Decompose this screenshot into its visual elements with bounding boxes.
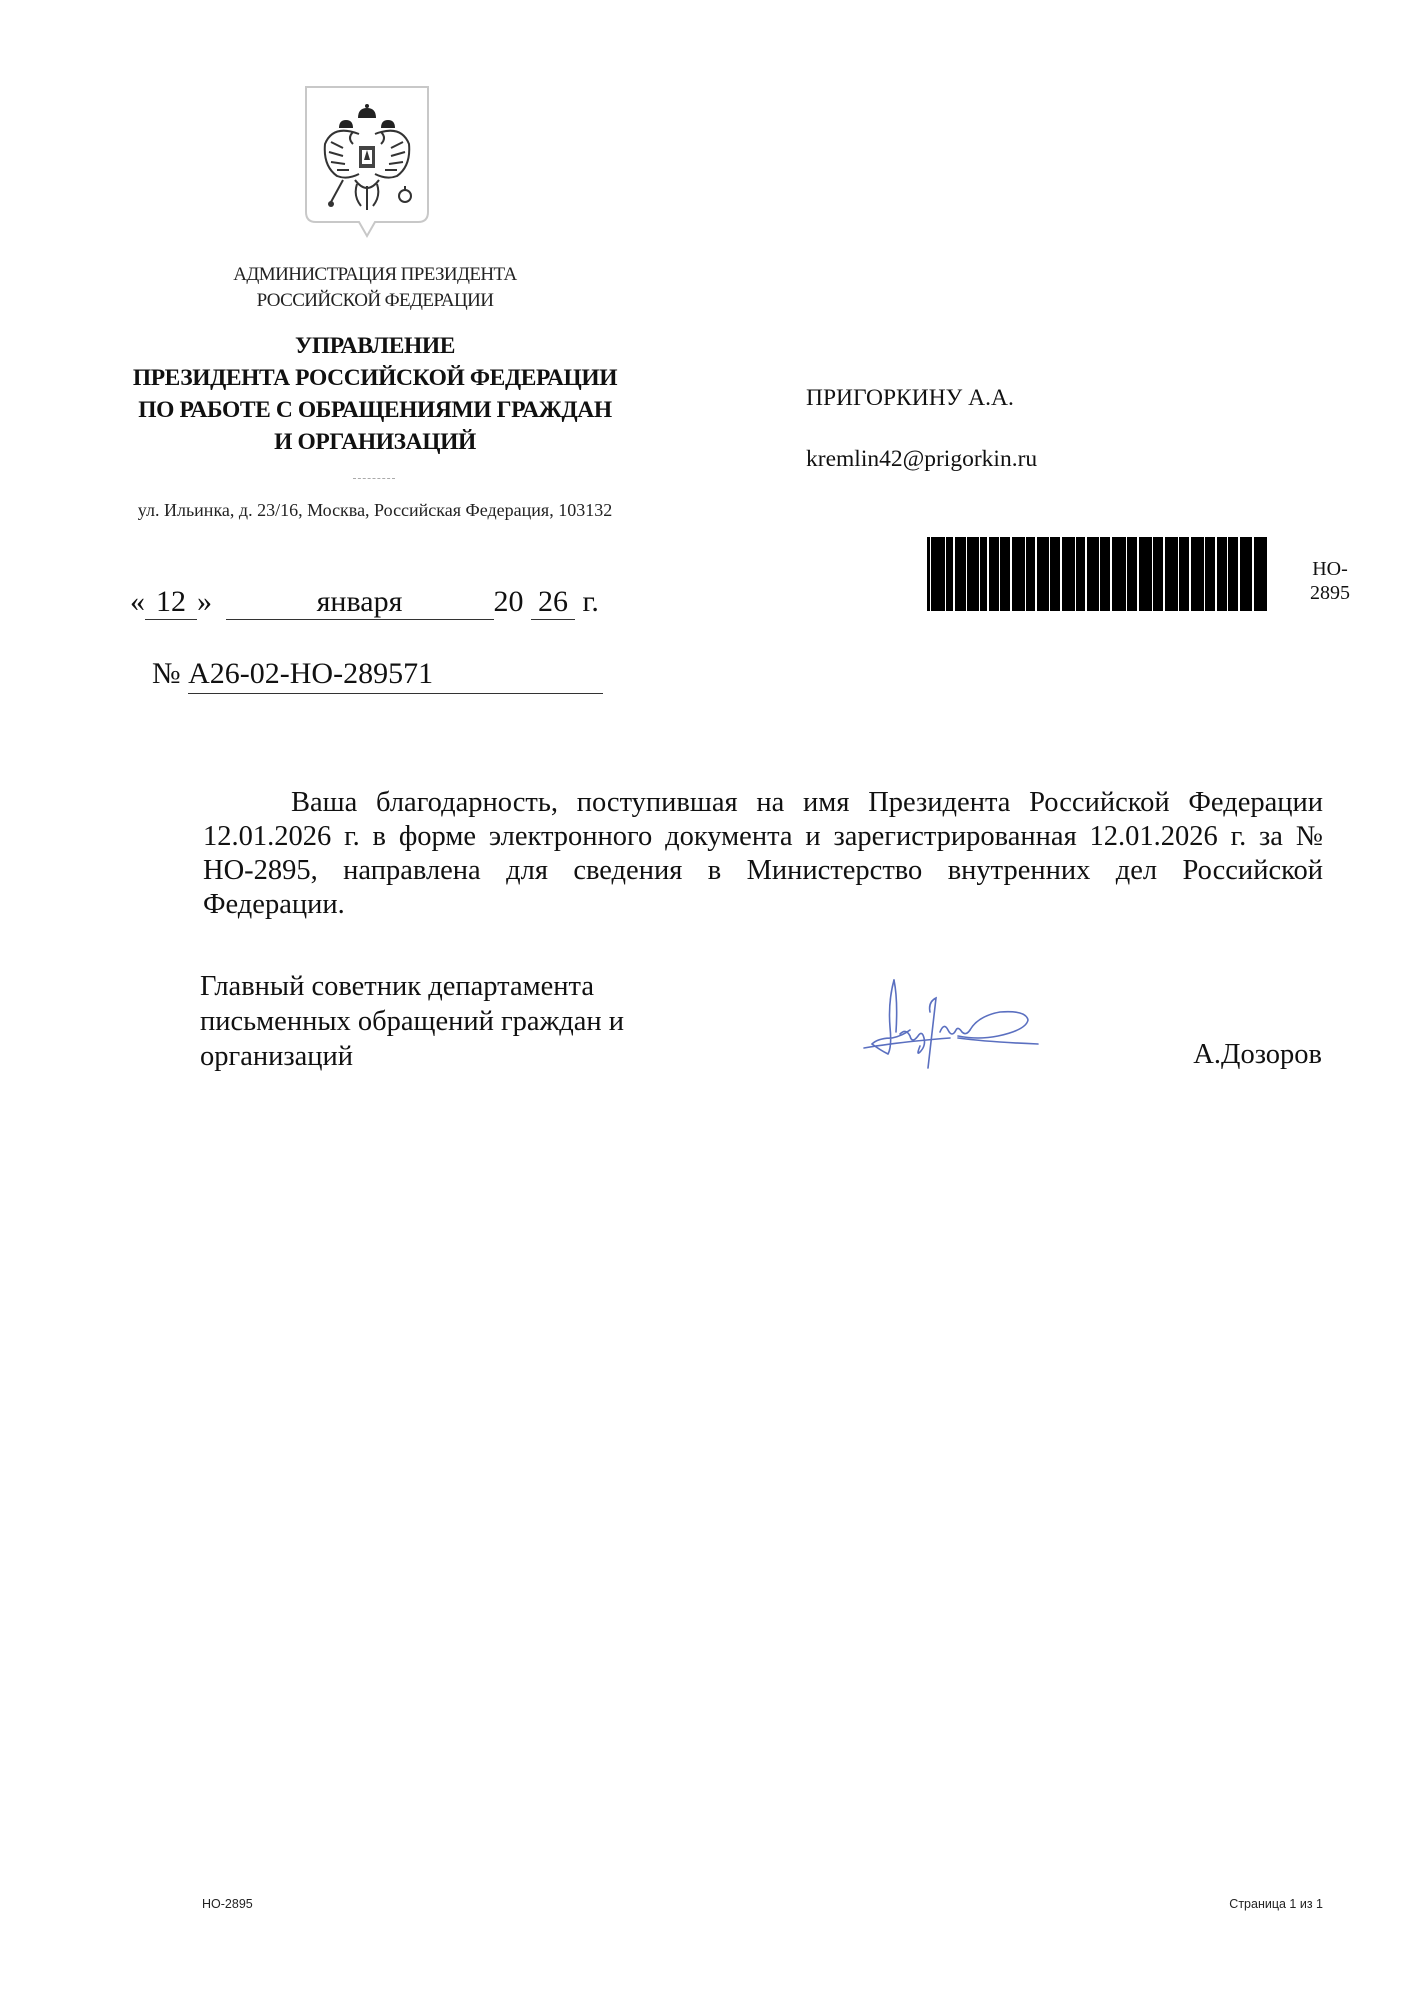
- document-date: «12» января20 26 г.: [130, 585, 599, 625]
- reference-prefix: №: [152, 657, 181, 690]
- dept-line-4: И ОРГАНИЗАЦИЙ: [100, 426, 650, 458]
- admin-line-1: АДМИНИСТРАЦИЯ ПРЕЗИДЕНТА: [150, 262, 600, 288]
- signatory-name: А.Дозоров: [1100, 1039, 1322, 1071]
- signatory-title-line-2: письменных обращений граждан и: [200, 1004, 700, 1039]
- dept-line-1: УПРАВЛЕНИЕ: [100, 330, 650, 362]
- recipient-email: kremlin42@prigorkin.ru: [806, 446, 1037, 473]
- admin-line-2: РОССИЙСКОЙ ФЕДЕРАЦИИ: [150, 288, 600, 314]
- barcode-label-line-2: 2895: [1300, 581, 1360, 605]
- date-close-quote: »: [197, 585, 212, 618]
- date-suffix: г.: [583, 585, 599, 618]
- header-divider: [353, 478, 395, 479]
- reference-number: № А26-02-НО-289571: [152, 655, 603, 694]
- signatory-title: Главный советник департамента письменных…: [200, 969, 700, 1074]
- footer-document-id: НО-2895: [202, 1897, 253, 1911]
- signatory-title-line-3: организаций: [200, 1039, 700, 1074]
- signatory-title-line-1: Главный советник департамента: [200, 969, 700, 1004]
- sender-address: ул. Ильинка, д. 23/16, Москва, Российска…: [100, 500, 650, 521]
- date-year: 26: [531, 585, 575, 620]
- barcode: [927, 537, 1270, 611]
- date-day: 12: [145, 585, 197, 620]
- date-open-quote: «: [130, 585, 145, 618]
- handwritten-signature-icon: [858, 972, 1043, 1077]
- barcode-label-line-1: НО-: [1300, 557, 1360, 581]
- letter-body: Ваша благодарность, поступившая на имя П…: [203, 786, 1323, 922]
- dept-line-3: ПО РАБОТЕ С ОБРАЩЕНИЯМИ ГРАЖДАН: [100, 394, 650, 426]
- footer-page-number: Страница 1 из 1: [1180, 1897, 1323, 1911]
- dept-line-2: ПРЕЗИДЕНТА РОССИЙСКОЙ ФЕДЕРАЦИИ: [100, 362, 650, 394]
- administration-heading: АДМИНИСТРАЦИЯ ПРЕЗИДЕНТА РОССИЙСКОЙ ФЕДЕ…: [150, 262, 600, 314]
- barcode-label: НО- 2895: [1300, 557, 1360, 605]
- reference-value: А26-02-НО-289571: [188, 655, 603, 694]
- recipient-name: ПРИГОРКИНУ А.А.: [806, 385, 1014, 412]
- date-century: 20: [494, 585, 524, 618]
- department-heading: УПРАВЛЕНИЕ ПРЕЗИДЕНТА РОССИЙСКОЙ ФЕДЕРАЦ…: [100, 330, 650, 458]
- date-month: января: [226, 585, 494, 620]
- state-emblem-icon: [303, 84, 431, 242]
